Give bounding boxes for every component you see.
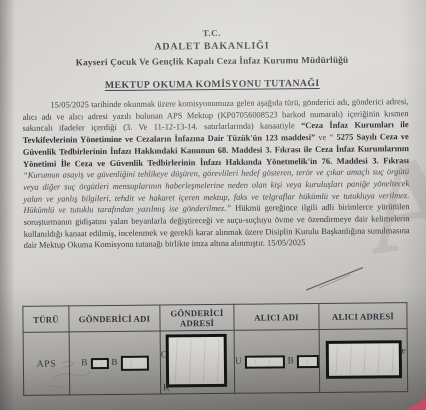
sender-address-letter-2: K: [163, 383, 170, 393]
col-header-recipient-address: ALICI ADRESİ: [319, 303, 407, 330]
recipient-name-letter-1: U: [235, 357, 242, 367]
cell-sender-address: G K: [160, 330, 235, 394]
redaction-box: [297, 354, 319, 367]
header-ministry: ADALET BAKANLIĞI: [0, 39, 425, 54]
col-header-recipient-name: ALICI ADI: [234, 303, 319, 330]
cell-sender-name: B B: [69, 331, 161, 395]
redaction-box: [121, 355, 149, 370]
body-paragraph: 15/05/2025 tarihinde okunmak üzere komis…: [22, 96, 409, 252]
redaction-box: [166, 334, 228, 388]
col-header-sender-address: GÖNDERİCİ ADRESİ: [160, 304, 234, 331]
recipient-address-letter-1: e: [402, 346, 406, 356]
table-row: APS B B G K: [23, 329, 408, 396]
recipient-name-letter-2: B: [288, 356, 294, 366]
cell-recipient-address: e: [319, 329, 408, 393]
cell-recipient-name: U B: [234, 329, 320, 393]
col-header-sender-name: GÖNDERİCİ ADI: [69, 305, 160, 332]
body-segment: ve “: [315, 132, 336, 142]
letter-info-table: TÜRÜ GÖNDERİCİ ADI GÖNDERİCİ ADRESİ ALIC…: [22, 302, 408, 396]
sender-name-letter-2: B: [111, 358, 117, 368]
document-title: MEKTUP OKUMA KOMİSYONU TUTANAĞI: [0, 77, 425, 92]
col-header-type: TÜRÜ: [23, 306, 69, 332]
redaction-box: [245, 355, 285, 368]
paper: T.C. ADALET BAKANLIĞI Kayseri Çocuk Ve G…: [0, 0, 426, 410]
header-state: T.C.: [0, 26, 425, 40]
table-header-row: TÜRÜ GÖNDERİCİ ADI GÖNDERİCİ ADRESİ ALIC…: [23, 303, 407, 333]
redaction-box: [326, 340, 402, 379]
document-photo: A T.C. ADALET BAKANLIĞI Kayseri Çocuk Ve…: [0, 0, 426, 410]
header-institution: Kayseri Çocuk Ve Gençlik Kapalı Ceza İnf…: [0, 54, 425, 68]
sender-name-letter-1: B: [81, 358, 87, 368]
cell-type: APS: [23, 332, 70, 395]
redaction-box: [90, 358, 108, 369]
